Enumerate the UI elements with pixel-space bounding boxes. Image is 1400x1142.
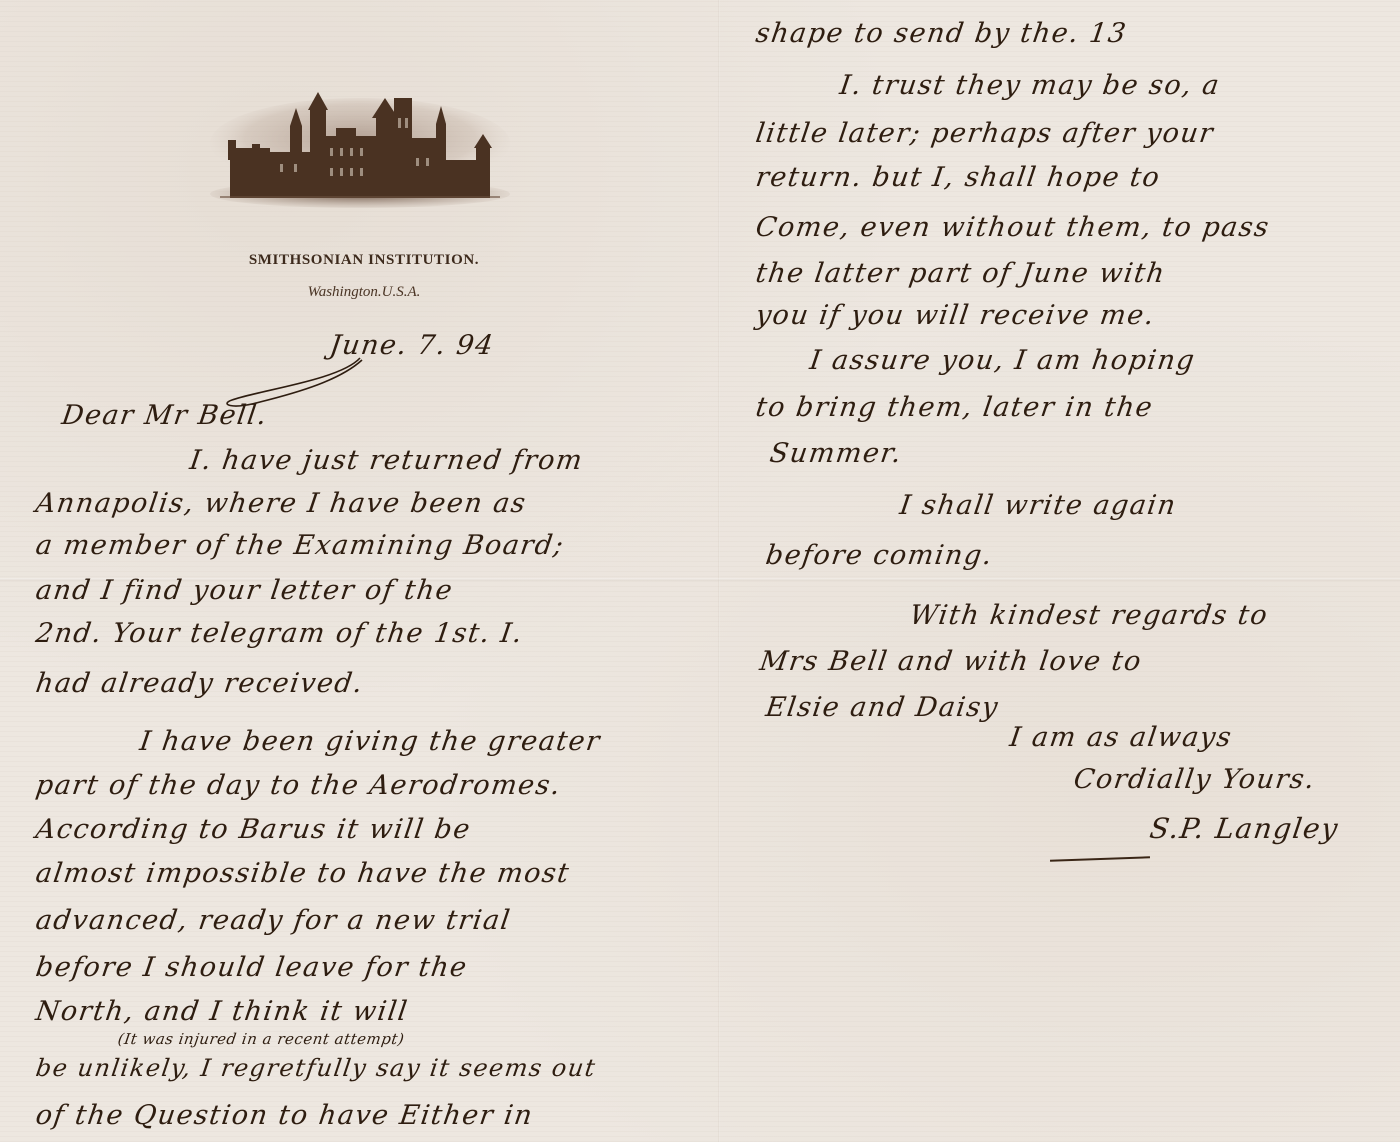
- letter-line: and I find your letter of the: [34, 575, 456, 606]
- letter-line: you if you will receive me.: [754, 300, 1157, 331]
- letter-line: According to Barus it will be: [34, 814, 473, 845]
- letter-line: little later; perhaps after your: [754, 118, 1216, 149]
- signature: S.P. Langley: [1148, 812, 1341, 845]
- letter-line: the latter part of June with: [754, 258, 1168, 289]
- letterhead-institution: SMITHSONIAN INSTITUTION.: [234, 252, 494, 269]
- letter-line: With kindest regards to: [908, 600, 1271, 631]
- letter-line: shape to send by the. 13: [754, 18, 1129, 49]
- letter-line: Summer.: [768, 438, 904, 469]
- letter-line: I have been giving the greater: [138, 726, 603, 757]
- letter-line: I shall write again: [898, 490, 1179, 521]
- letter-line: return. but I, shall hope to: [754, 162, 1163, 193]
- closing: Cordially Yours.: [1072, 764, 1318, 795]
- letter-line: before coming.: [764, 540, 995, 571]
- letter-line: Elsie and Daisy: [764, 692, 1001, 723]
- letter-line: Annapolis, where I have been as: [34, 488, 529, 519]
- letter-line: to bring them, later in the: [754, 392, 1155, 423]
- signature-underline: [1050, 856, 1150, 861]
- letter-line: I assure you, I am hoping: [808, 345, 1198, 376]
- letter-line: advanced, ready for a new trial: [34, 905, 513, 936]
- letter-line: had already received.: [34, 668, 366, 699]
- letter-line: a member of the Examining Board;: [34, 530, 567, 561]
- letter-line: be unlikely, I regretfully say it seems …: [34, 1054, 598, 1082]
- letter-line: Come, even without them, to pass: [754, 212, 1272, 243]
- letter-date: June. 7. 94: [328, 330, 496, 361]
- letter-line: I. have just returned from: [188, 445, 586, 476]
- letter-line: North, and I think it will: [34, 996, 410, 1027]
- letter-line: 2nd. Your telegram of the 1st. I.: [34, 618, 525, 649]
- letter-line: I. trust they may be so, a: [838, 70, 1222, 101]
- letter-sheet: SMITHSONIAN INSTITUTION. Washington.U.S.…: [0, 0, 1400, 1142]
- salutation: Dear Mr Bell.: [60, 400, 270, 431]
- smithsonian-castle-engraving-icon: [200, 88, 520, 208]
- vertical-fold-line: [718, 0, 720, 1142]
- letterhead-location: Washington.U.S.A.: [234, 284, 494, 301]
- letter-line: almost impossible to have the most: [34, 858, 572, 889]
- letter-line: of the Question to have Either in: [34, 1100, 536, 1131]
- letter-line: before I should leave for the: [34, 952, 470, 983]
- letter-line: I am as always: [1008, 722, 1234, 753]
- insertion-note: (It was injured in a recent attempt): [117, 1030, 406, 1048]
- letter-line: Mrs Bell and with love to: [758, 646, 1144, 677]
- letter-line: part of the day to the Aerodromes.: [34, 770, 564, 801]
